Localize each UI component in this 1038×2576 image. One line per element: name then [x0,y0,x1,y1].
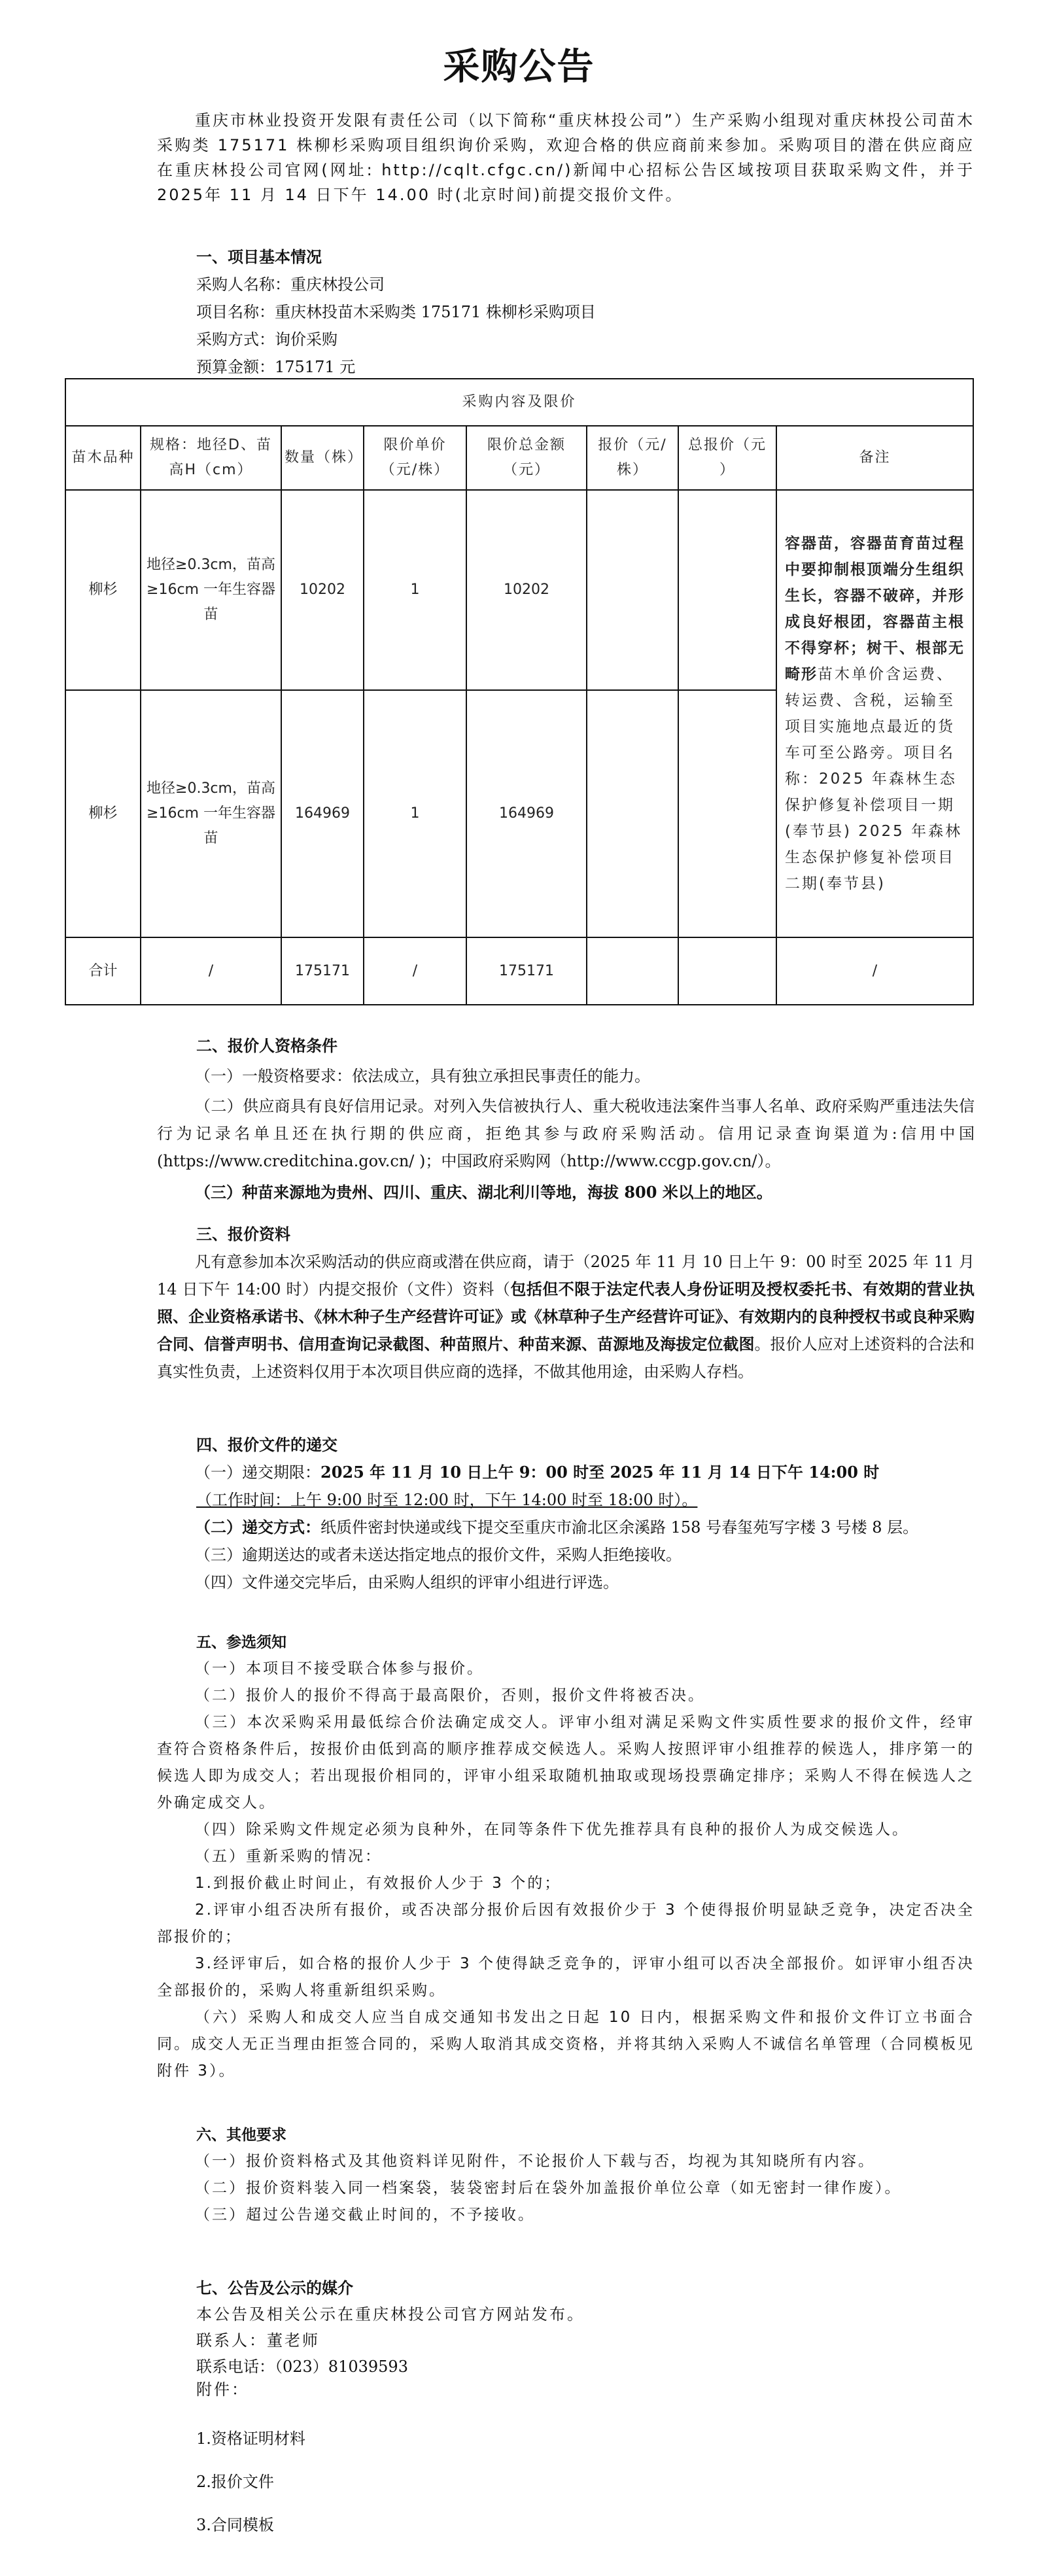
cell-total-label: 合计 [65,937,141,1005]
submission-method-label: （二）递交方式： [195,1518,320,1537]
budget-amount: 预算金额：175171 元 [157,353,975,381]
other-item-2: （二）报价资料装入同一档案袋，装袋密封后在袋外加盖报价单位公章（如无密封一律作废… [157,2175,975,2202]
procurement-announcement: 采购公告 重庆市林业投资开发限有责任公司（以下简称“重庆林投公司”）生产采购小组… [0,0,1038,2576]
cell-total-unit-limit: / [364,937,466,1005]
cell-variety: 柳杉 [65,690,141,937]
cell-quote [587,490,678,690]
quote-materials-text: 凡有意参加本次采购活动的供应商或潜在供应商，请于（2025 年 11 月 10 … [157,1248,975,1385]
section-heading: 四、报价文件的递交 [157,1431,975,1459]
cell-total-note: / [776,937,973,1005]
section-heading: 七、公告及公示的媒介 [157,2275,975,2301]
attachment-link-contract-template[interactable]: 3.合同模板 [196,2512,274,2535]
late-submission-rule: （三）逾期送达的或者未送达指定地点的报价文件，采购人拒绝接收。 [157,1541,975,1569]
attachment-link-quote-file[interactable]: 2.报价文件 [196,2469,274,2492]
table-row: 柳杉 地径≥0.3cm，苗高≥16cm 一年生容器苗 10202 1 10202… [65,490,973,690]
col-header-total-quote: 总报价（元 ） [678,426,776,490]
cell-total-spec: / [141,937,281,1005]
section-heading: 五、参选须知 [157,1629,975,1656]
cell-total-amount: 175171 [466,937,587,1005]
other-item-3: （三）超过公告递交截止时间的，不予接收。 [157,2202,975,2229]
cell-total-quote [678,490,776,690]
intro-paragraph: 重庆市林业投资开发限有责任公司（以下简称“重庆林投公司”）生产采购小组现对重庆林… [157,108,975,207]
cell-total-quote [678,690,776,937]
page-title: 采购公告 [0,38,1038,90]
col-header-spec: 规格：地径D、苗高H（cm） [141,426,281,490]
submission-method: （二）递交方式：纸质件密封快递或线下提交至重庆市渝北区余溪路 158 号春玺苑写… [157,1514,975,1541]
attachment-link-qualification[interactable]: 1.资格证明材料 [196,2426,305,2448]
notes-item-3: （三）本次采购采用最低综合价法确定成交人。评审小组对满足采购文件实质性要求的报价… [157,1709,975,1817]
col-header-quote: 报价（元/株） [587,426,678,490]
cell-total-quote [587,937,678,1005]
section-submission: 四、报价文件的递交 （一）递交期限：2025 年 11 月 10 日上午 9：0… [157,1431,975,1596]
notes-item-1: （一）本项目不接受联合体参与报价。 [157,1656,975,1682]
notes-item-6: （六）采购人和成交人应当自成交通知书发出之日起 10 日内，根据采购文件和报价文… [157,2004,975,2085]
cell-unit-limit: 1 [364,490,466,690]
notes-item-5: （五）重新采购的情况： [157,1843,975,1870]
table-header-row: 苗木品种 规格：地径D、苗高H（cm） 数量（株） 限价单价（元/株） 限价总金… [65,426,973,490]
working-hours: （工作时间：上午 9:00 时至 12:00 时，下午 14:00 时至 18:… [157,1486,975,1514]
purchaser-name: 采购人名称：重庆林投公司 [157,271,975,298]
procurement-table: 采购内容及限价 苗木品种 规格：地径D、苗高H（cm） 数量（株） 限价单价（元… [65,378,974,1005]
cell-total-limit: 10202 [466,490,587,690]
section-heading: 一、项目基本情况 [157,243,975,271]
section-heading: 三、报价资料 [157,1221,975,1248]
section-publication-media: 七、公告及公示的媒介 本公告及相关公示在重庆林投公司官方网站发布。 联系人：董老… [157,2275,975,2399]
cell-total-limit: 164969 [466,690,587,937]
notes-item-5-2: 2.评审小组否决所有报价，或否决部分报价后因有效报价少于 3 个使得报价明显缺乏… [157,1897,975,1951]
intro-block: 重庆市林业投资开发限有责任公司（以下简称“重庆林投公司”）生产采购小组现对重庆林… [157,108,975,207]
notes-item-5-3: 3.经评审后，如合格的报价人少于 3 个使得缺乏竞争的，评审小组可以否决全部报价… [157,1951,975,2004]
cell-variety: 柳杉 [65,490,141,690]
cell-total-total-quote [678,937,776,1005]
table-total-row: 合计 / 175171 / 175171 / [65,937,973,1005]
contact-person: 联系人：董老师 [157,2327,975,2354]
submission-deadline: （一）递交期限：2025 年 11 月 10 日上午 9：00 时至 2025 … [157,1459,975,1486]
section-other-requirements: 六、其他要求 （一）报价资料格式及其他资料详见附件，不论报价人下载与否，均视为其… [157,2121,975,2229]
col-header-unit-limit: 限价单价（元/株） [364,426,466,490]
submission-deadline-label: （一）递交期限： [195,1463,320,1482]
qualification-item-3: （三）种苗来源地为贵州、四川、重庆、湖北利川等地，海拔 800 米以上的地区。 [157,1179,975,1206]
project-name: 项目名称：重庆林投苗木采购类 175171 株柳杉采购项目 [157,298,975,326]
col-header-variety: 苗木品种 [65,426,141,490]
attachments-label: 附件： [157,2380,975,2399]
section-qualifications: 二、报价人资格条件 （一）一般资格要求：依法成立，具有独立承担民事责任的能力。 … [157,1032,975,1206]
section-heading: 二、报价人资格条件 [157,1032,975,1060]
procurement-method: 采购方式：询价采购 [157,326,975,353]
section-participation-notes: 五、参选须知 （一）本项目不接受联合体参与报价。 （二）报价人的报价不得高于最高… [157,1629,975,2085]
cell-quote [587,690,678,937]
note-normal-text: 苗木单价含运费、转运费、含税，运输至项目实施地点最近的货车可至公路旁。项目名称：… [785,666,962,892]
section-quote-materials: 三、报价资料 凡有意参加本次采购活动的供应商或潜在供应商，请于（2025 年 1… [157,1221,975,1385]
publication-text: 本公告及相关公示在重庆林投公司官方网站发布。 [157,2301,975,2327]
submission-method-address: 纸质件密封快递或线下提交至重庆市渝北区余溪路 158 号春玺苑写字楼 3 号楼 … [320,1518,918,1537]
col-header-note: 备注 [776,426,973,490]
qualification-item-1: （一）一般资格要求：依法成立，具有独立承担民事责任的能力。 [157,1062,975,1090]
col-header-quantity: 数量（株） [281,426,364,490]
contact-phone: 联系电话：（023）81039593 [157,2354,975,2380]
cell-unit-limit: 1 [364,690,466,937]
note-bold-text: 容器苗，容器苗育苗过程中要抑制根顶端分生组织生长，容器不破碎，并形成良好根团，容… [785,534,965,683]
col-header-total-limit: 限价总金额（元） [466,426,587,490]
other-item-1: （一）报价资料格式及其他资料详见附件，不论报价人下载与否，均视为其知晓所有内容。 [157,2148,975,2175]
section-project-basics: 一、项目基本情况 采购人名称：重庆林投公司 项目名称：重庆林投苗木采购类 175… [157,243,975,381]
notes-item-2: （二）报价人的报价不得高于最高限价，否则，报价文件将被否决。 [157,1682,975,1709]
section-heading: 六、其他要求 [157,2121,975,2148]
cell-spec: 地径≥0.3cm，苗高≥16cm 一年生容器苗 [141,690,281,937]
evaluation-rule: （四）文件递交完毕后，由采购人组织的评审小组进行评选。 [157,1569,975,1596]
qualification-item-2: （二）供应商具有良好信用记录。对列入失信被执行人、重大税收违法案件当事人名单、政… [157,1092,975,1175]
cell-quantity: 10202 [281,490,364,690]
submission-deadline-value: 2025 年 11 月 10 日上午 9：00 时至 2025 年 11 月 1… [320,1463,879,1482]
cell-note: 容器苗，容器苗育苗过程中要抑制根顶端分生组织生长，容器不破碎，并形成良好根团，容… [776,490,973,937]
cell-quantity: 164969 [281,690,364,937]
table-caption: 采购内容及限价 [65,379,973,426]
notes-item-5-1: 1.到报价截止时间止，有效报价人少于 3 个的； [157,1870,975,1897]
notes-item-4: （四）除采购文件规定必须为良种外，在同等条件下优先推荐具有良种的报价人为成交候选… [157,1817,975,1843]
cell-total-quantity: 175171 [281,937,364,1005]
cell-spec: 地径≥0.3cm，苗高≥16cm 一年生容器苗 [141,490,281,690]
